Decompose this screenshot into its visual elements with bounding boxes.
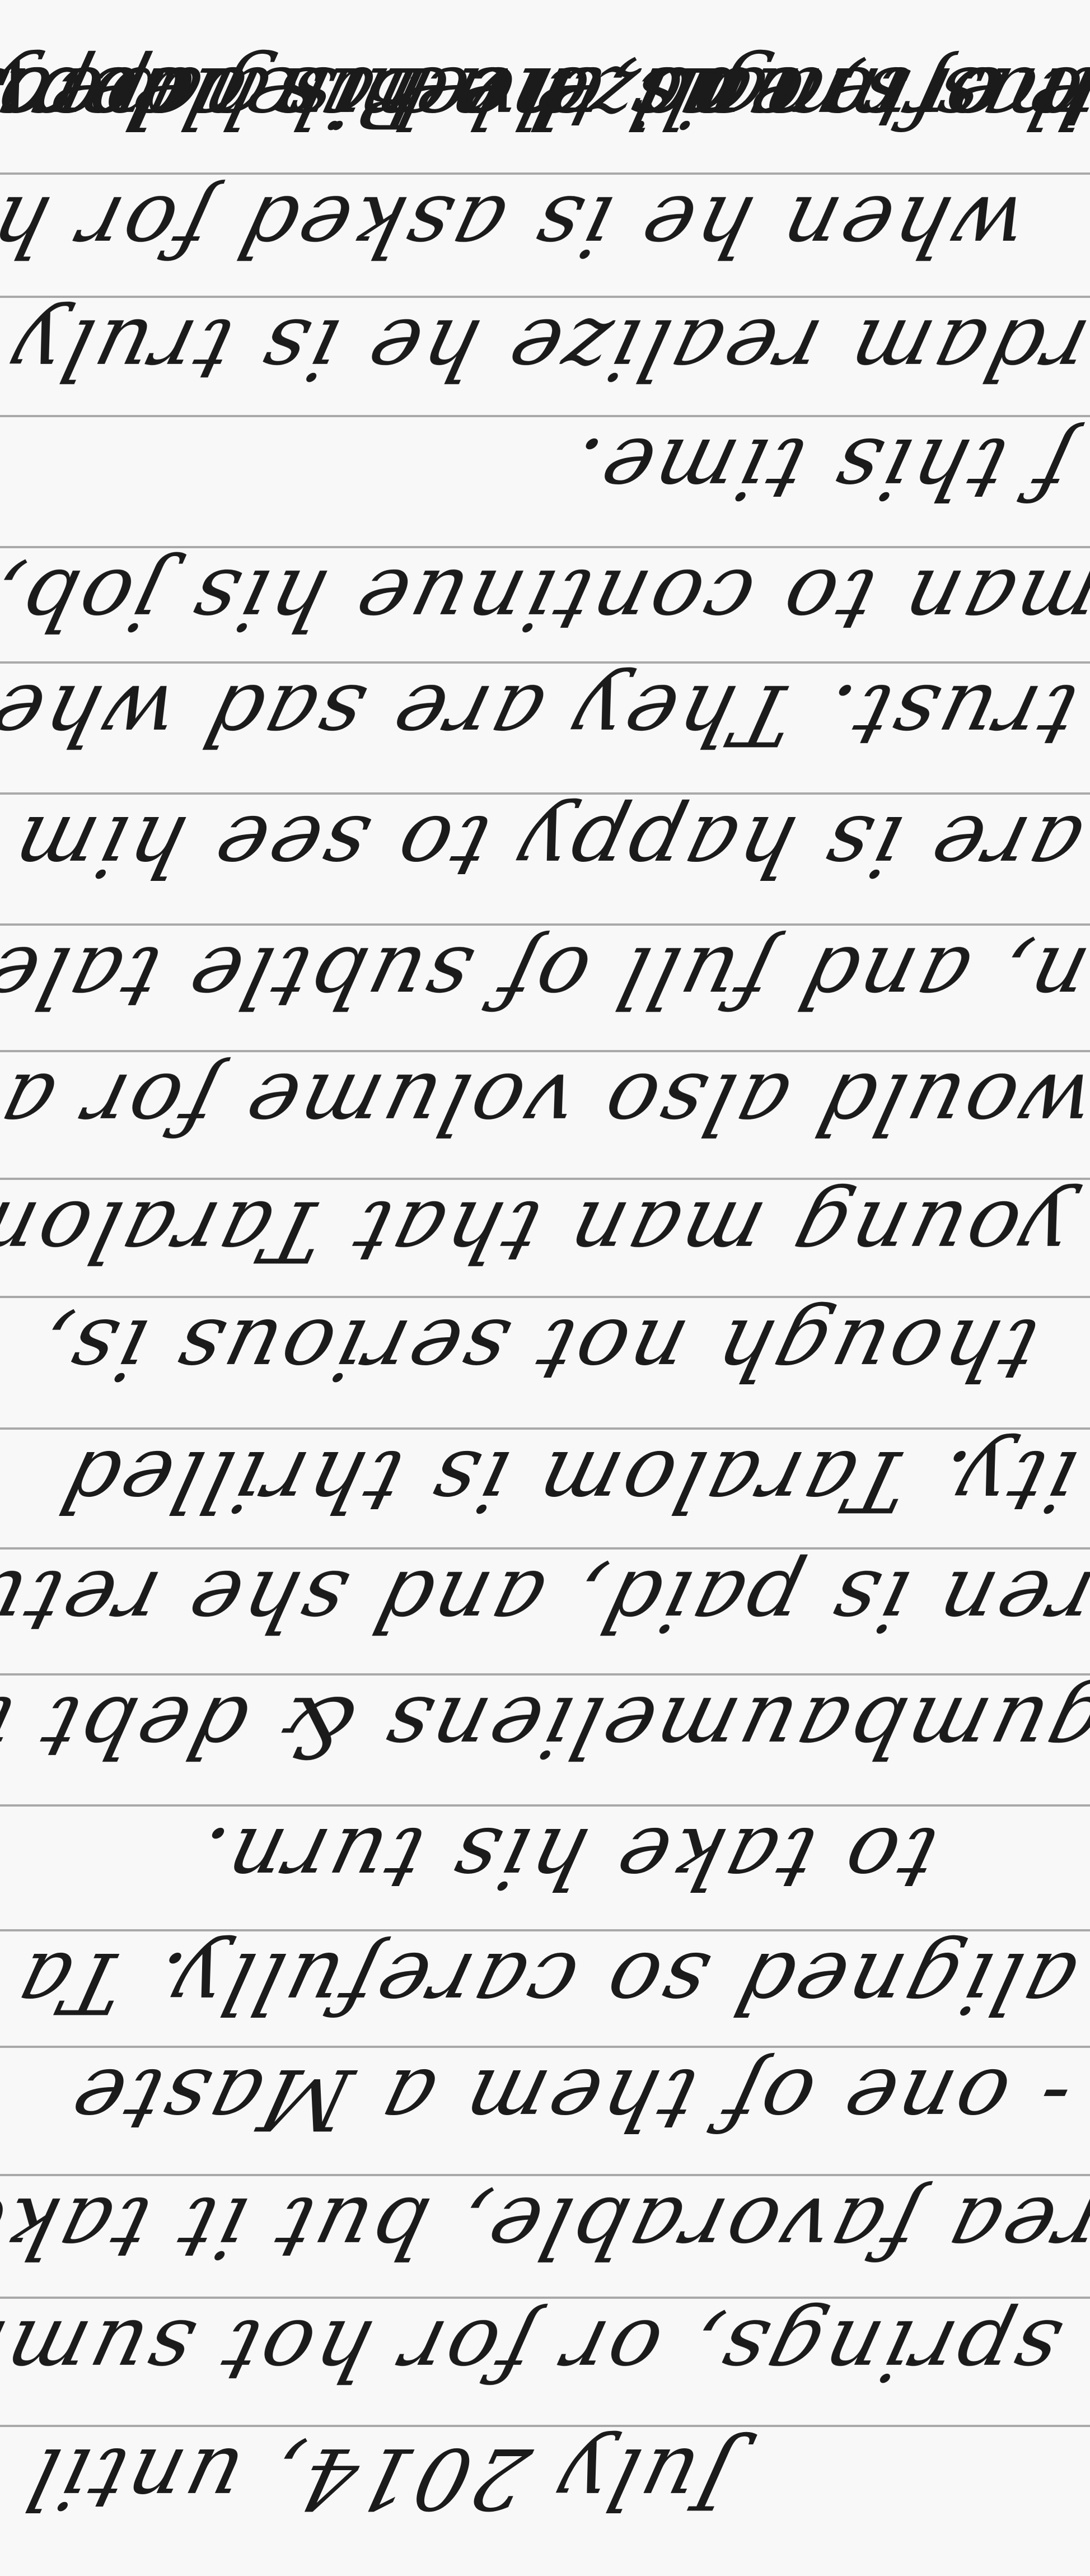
handwritten-line: July 2014, until bbox=[17, 2436, 743, 2520]
handwritten-line: ren is paid, and she returns bbox=[0, 1558, 1090, 1642]
handwritten-line: man to continue his job, bu bbox=[0, 557, 1090, 641]
handwritten-line: would also volume for a lot bbox=[0, 1061, 1090, 1145]
handwritten-line: though not serious is, bbox=[27, 1307, 1045, 1391]
handwritten-line: n, and full of subtle tales bbox=[0, 935, 1090, 1019]
handwritten-line: rea favorable, but it take bbox=[0, 2185, 1090, 2269]
handwritten-line: - one of them a Maste bbox=[60, 2057, 1079, 2141]
handwritten-line: to take his turn. bbox=[185, 1816, 944, 1900]
handwritten-line: f this time. bbox=[559, 426, 1079, 510]
notebook-page: July 2014, until springs, or for hot sum… bbox=[0, 0, 1090, 2576]
handwritten-line: springs, or for hot summer bbox=[0, 2308, 1068, 2392]
handwritten-line: realize he is happy. bbox=[0, 55, 855, 139]
handwritten-line: gumbaumeliens & debt to t bbox=[0, 1684, 1090, 1768]
handwritten-line: are is happy to see him bbox=[2, 804, 1090, 888]
handwritten-line: trust. They are sad when bbox=[0, 673, 1084, 757]
handwritten-line: young man that Taralom bbox=[0, 1189, 1079, 1273]
handwritten-line: rdam realize he is truly on bbox=[0, 307, 1090, 391]
handwriting-layer: July 2014, until springs, or for hot sum… bbox=[0, 0, 1090, 2576]
handwritten-line: aligned so carefully. Ta bbox=[6, 1940, 1084, 2024]
handwritten-line: ity. Taralom is thrilled bbox=[50, 1439, 1084, 1523]
handwritten-line: when he is asked for help bbox=[0, 184, 1034, 268]
